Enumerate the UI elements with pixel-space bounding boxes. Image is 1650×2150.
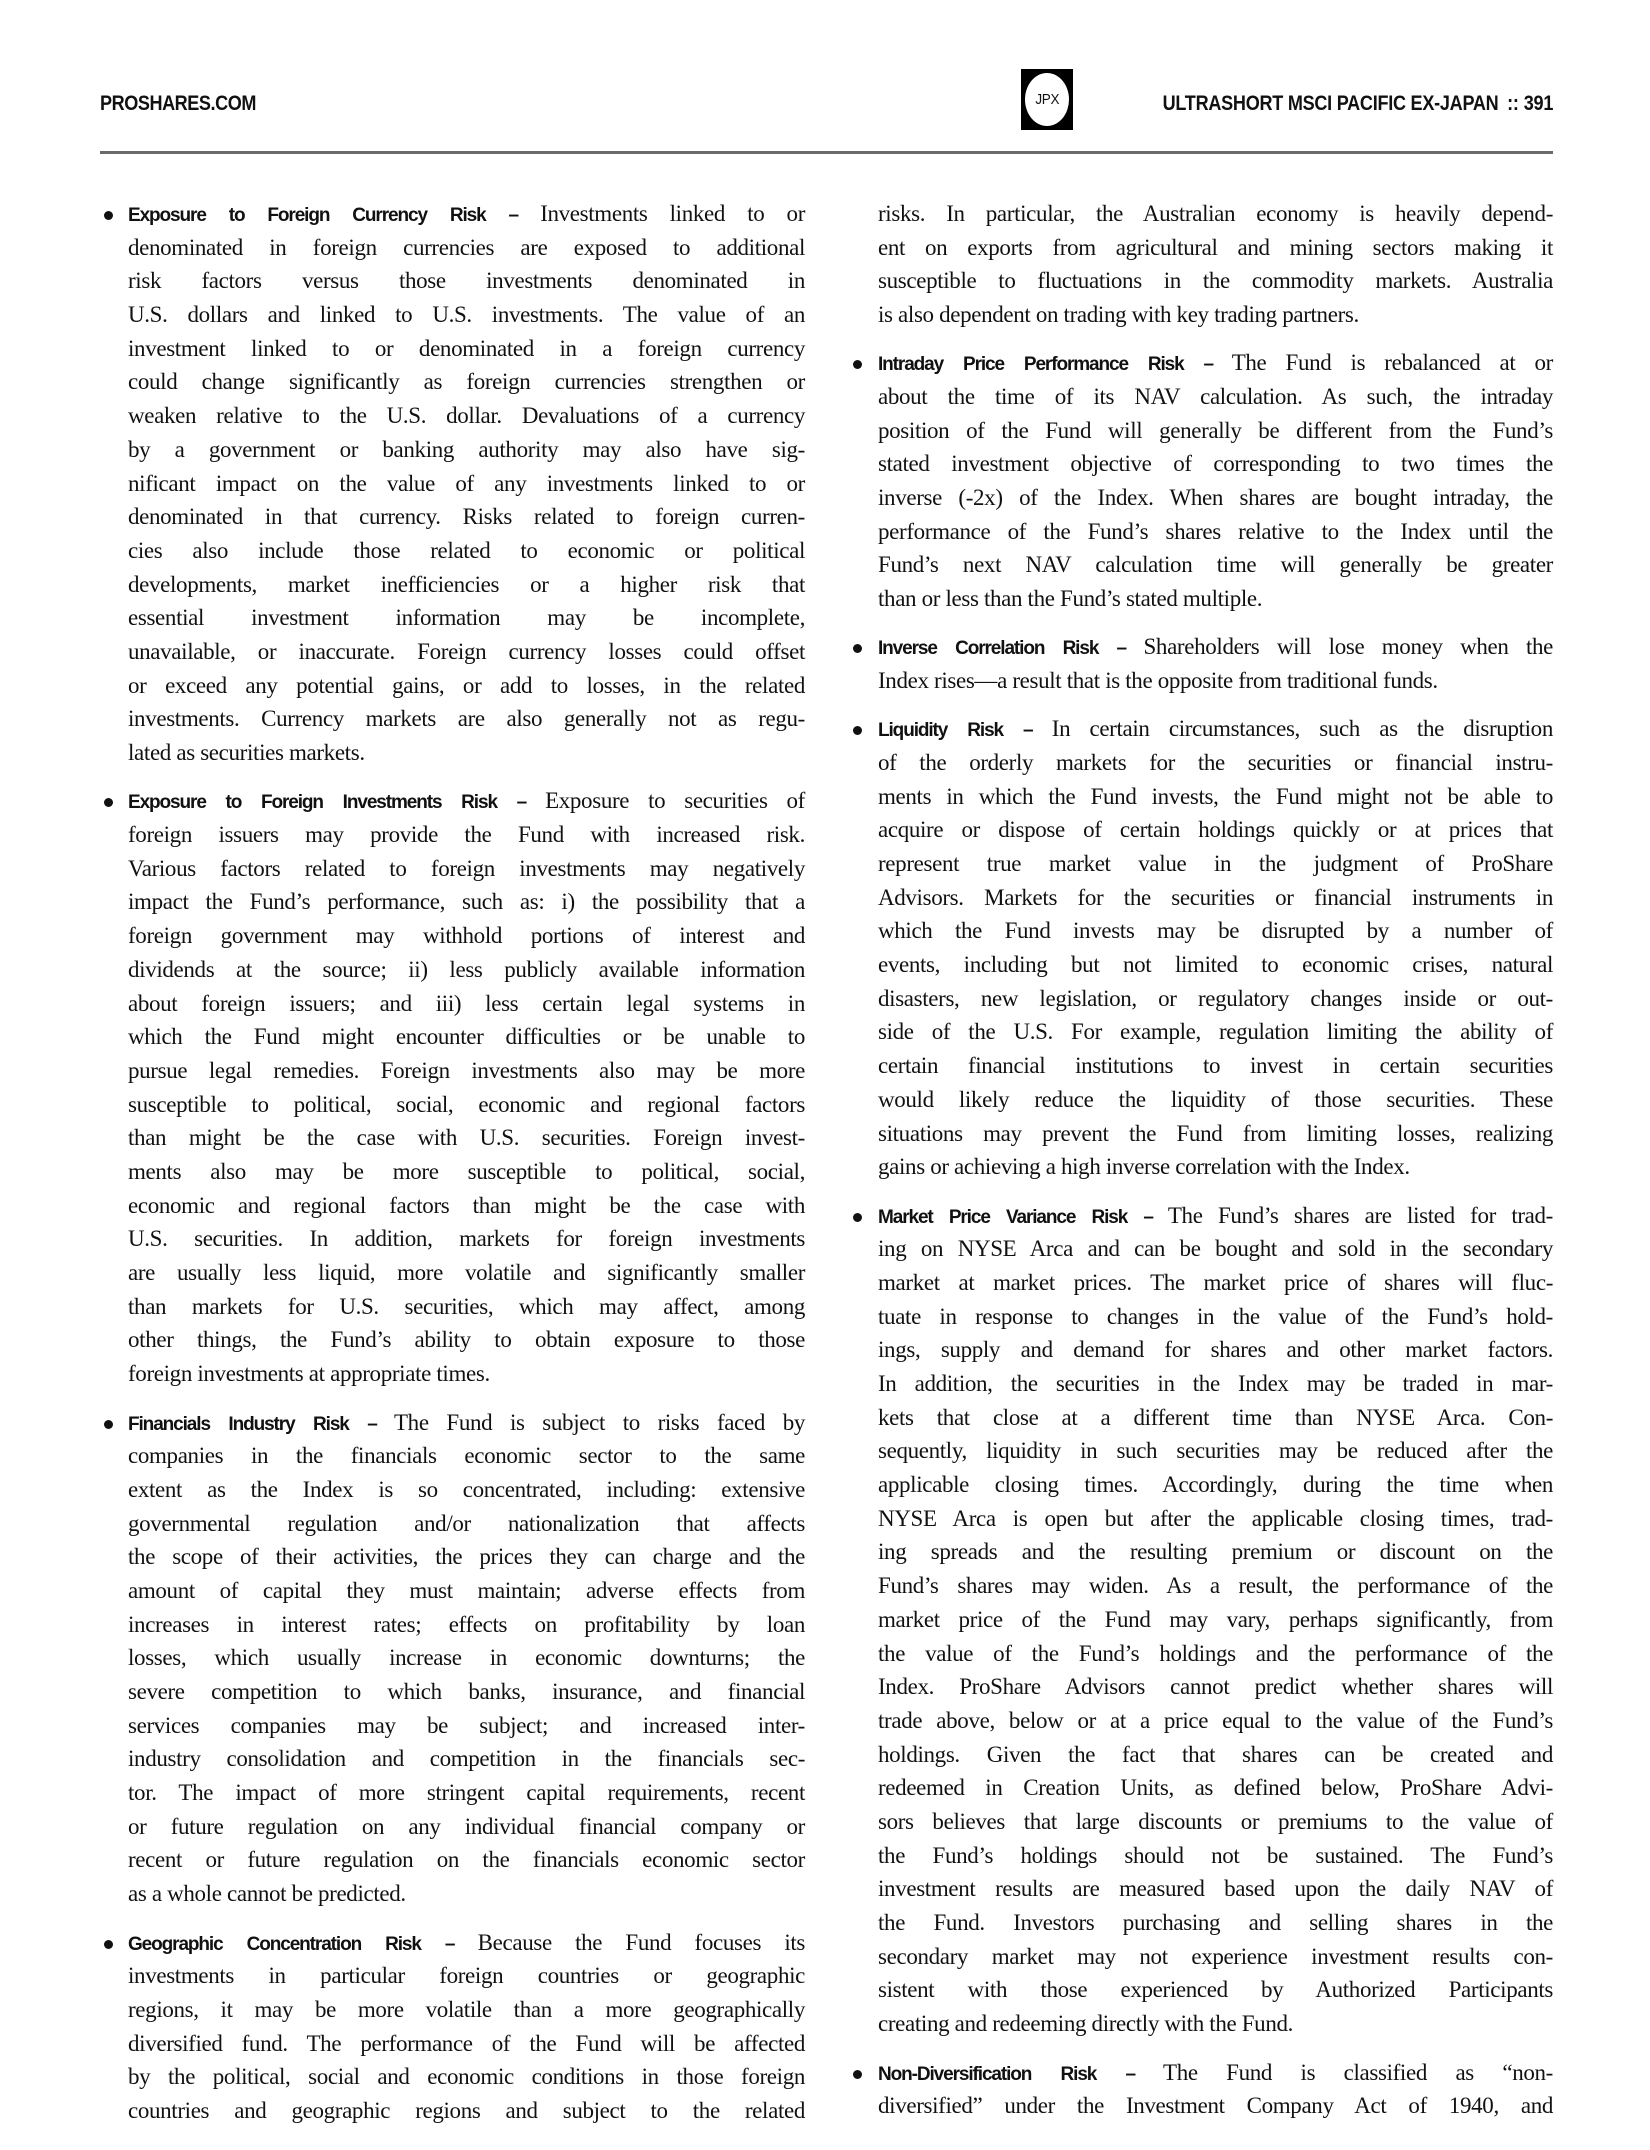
bullet-icon <box>853 1213 862 1222</box>
text-line: Fund’s shares may widen. As a result, th… <box>878 1569 1553 1603</box>
logo-ellipse: JPX <box>1025 73 1069 126</box>
text-line: is also dependent on trading with key tr… <box>878 298 1553 332</box>
text-line: economic and regional factors than might… <box>128 1189 805 1223</box>
text-line: ent on exports from agricultural and min… <box>878 231 1553 265</box>
risk-description: Financials Industry Risk – The Fund is s… <box>128 1406 805 1911</box>
risk-text: The Fund is classified as “non- <box>1163 2060 1553 2085</box>
risk-term: Intraday Price Performance Risk – <box>878 354 1213 375</box>
risk-text: In certain circumstances, such as the di… <box>1052 716 1553 741</box>
text-line: than might be the case with U.S. securit… <box>128 1121 805 1155</box>
text-line: market at market prices. The market pric… <box>878 1266 1553 1300</box>
text-line: nificant impact on the value of any inve… <box>128 467 805 501</box>
fund-ticker-logo: JPX <box>1021 69 1073 130</box>
text-line: the Fund. Investors purchasing and selli… <box>878 1906 1553 1940</box>
bullet-icon <box>104 1420 113 1429</box>
text-line: would likely reduce the liquidity of tho… <box>878 1083 1553 1117</box>
risk-description: Market Price Variance Risk – The Fund’s … <box>878 1199 1553 2041</box>
text-line: developments, market inefficiencies or a… <box>128 568 805 602</box>
risk-description: Exposure to Foreign Currency Risk – Inve… <box>128 197 805 770</box>
text-line: susceptible to political, social, econom… <box>128 1088 805 1122</box>
text-line: as a whole cannot be predicted. <box>128 1877 805 1911</box>
text-line: Index rises—a result that is the opposit… <box>878 664 1553 698</box>
text-line: weaken relative to the U.S. dollar. Deva… <box>128 399 805 433</box>
text-line: of the orderly markets for the securitie… <box>878 746 1553 780</box>
text-line: represent true market value in the judgm… <box>878 847 1553 881</box>
text-line: ing spreads and the resulting premium or… <box>878 1535 1553 1569</box>
text-line: pursue legal remedies. Foreign investmen… <box>128 1054 805 1088</box>
risk-first-line: Exposure to Foreign Investments Risk – E… <box>128 784 805 818</box>
text-line: recent or future regulation on the finan… <box>128 1843 805 1877</box>
risk-text: The Fund’s shares are listed for trad- <box>1168 1203 1553 1228</box>
text-line: denominated in foreign currencies are ex… <box>128 231 805 265</box>
text-line: investment linked to or denominated in a… <box>128 332 805 366</box>
text-line: market price of the Fund may vary, perha… <box>878 1603 1553 1637</box>
text-line: extent as the Index is so concentrated, … <box>128 1473 805 1507</box>
bullet-icon <box>104 798 113 807</box>
page-header: PROSHARES.COM JPX ULTRASHORT MSCI PACIFI… <box>0 0 1650 160</box>
risk-text: Shareholders will lose money when the <box>1143 634 1553 659</box>
bullet-icon <box>853 726 862 735</box>
text-line: inverse (-2x) of the Index. When shares … <box>878 481 1553 515</box>
text-line: In addition, the securities in the Index… <box>878 1367 1553 1401</box>
risk-term: Market Price Variance Risk – <box>878 1207 1153 1228</box>
risk-text: Because the Fund focuses its <box>478 1930 805 1955</box>
text-line: severe competition to which banks, insur… <box>128 1675 805 1709</box>
risk-description: Geographic Concentration Risk – Because … <box>128 1926 805 2128</box>
text-line: performance of the Fund’s shares relativ… <box>878 515 1553 549</box>
risk-description: Non-Diversification Risk – The Fund is c… <box>878 2056 1553 2123</box>
text-line: events, including but not limited to eco… <box>878 948 1553 982</box>
text-line: U.S. securities. In addition, markets fo… <box>128 1222 805 1256</box>
text-line: ings, supply and demand for shares and o… <box>878 1333 1553 1367</box>
header-separator: :: <box>1507 92 1519 115</box>
risk-first-line: Inverse Correlation Risk – Shareholders … <box>878 630 1553 664</box>
bullet-icon <box>104 211 113 220</box>
text-line: companies in the financials economic sec… <box>128 1439 805 1473</box>
risk-term: Exposure to Foreign Investments Risk – <box>128 792 526 813</box>
bullet-icon <box>853 644 862 653</box>
text-line: dividends at the source; ii) less public… <box>128 953 805 987</box>
text-line: foreign government may withhold portions… <box>128 919 805 953</box>
text-line: could change significantly as foreign cu… <box>128 365 805 399</box>
page-number: 391 <box>1524 92 1553 115</box>
text-line: holdings. Given the fact that shares can… <box>878 1738 1553 1772</box>
text-line: stated investment objective of correspon… <box>878 447 1553 481</box>
text-line: which the Fund might encounter difficult… <box>128 1020 805 1054</box>
risk-text: The Fund is subject to risks faced by <box>394 1410 805 1435</box>
text-line: creating and redeeming directly with the… <box>878 2007 1553 2041</box>
bullet-icon <box>104 1940 113 1949</box>
fund-name: ULTRASHORT MSCI PACIFIC EX-JAPAN <box>1162 92 1498 115</box>
risk-text: Investments linked to or <box>540 201 805 226</box>
text-line: disasters, new legislation, or regulator… <box>878 982 1553 1016</box>
text-line: gains or achieving a high inverse correl… <box>878 1150 1553 1184</box>
risk-first-line: Exposure to Foreign Currency Risk – Inve… <box>128 197 805 231</box>
running-header-title: ULTRASHORT MSCI PACIFIC EX-JAPAN::391 <box>1162 92 1553 116</box>
header-rule <box>100 151 1553 154</box>
risk-first-line: Financials Industry Risk – The Fund is s… <box>128 1406 805 1440</box>
risk-term: Inverse Correlation Risk – <box>878 638 1126 659</box>
text-line: investments. Currency markets are also g… <box>128 702 805 736</box>
text-line: trade above, below or at a price equal t… <box>878 1704 1553 1738</box>
text-line: by a government or banking authority may… <box>128 433 805 467</box>
text-line: diversified fund. The performance of the… <box>128 2027 805 2061</box>
text-line: redeemed in Creation Units, as defined b… <box>878 1771 1553 1805</box>
text-line: or future regulation on any individual f… <box>128 1810 805 1844</box>
text-line: sequently, liquidity in such securities … <box>878 1434 1553 1468</box>
text-line: about the time of its NAV calculation. A… <box>878 380 1553 414</box>
text-line: tuate in response to changes in the valu… <box>878 1300 1553 1334</box>
risk-term: Exposure to Foreign Currency Risk – <box>128 205 518 226</box>
risk-first-line: Non-Diversification Risk – The Fund is c… <box>878 2056 1553 2090</box>
text-line: ing on NYSE Arca and can be bought and s… <box>878 1232 1553 1266</box>
text-line: are usually less liquid, more volatile a… <box>128 1256 805 1290</box>
text-line: the Fund’s holdings should not be sustai… <box>878 1839 1553 1873</box>
text-line: sistent with those experienced by Author… <box>878 1973 1553 2007</box>
risk-text: The Fund is rebalanced at or <box>1232 350 1553 375</box>
text-line: foreign issuers may provide the Fund wit… <box>128 818 805 852</box>
text-line: regions, it may be more volatile than a … <box>128 1993 805 2027</box>
text-line: services companies may be subject; and i… <box>128 1709 805 1743</box>
risk-first-line: Liquidity Risk – In certain circumstance… <box>878 712 1553 746</box>
text-line: risks. In particular, the Australian eco… <box>878 197 1553 231</box>
text-line: which the Fund invests may be disrupted … <box>878 914 1553 948</box>
text-line: ments in which the Fund invests, the Fun… <box>878 780 1553 814</box>
text-line: losses, which usually increase in econom… <box>128 1641 805 1675</box>
risk-term: Liquidity Risk – <box>878 720 1033 741</box>
text-line: foreign investments at appropriate times… <box>128 1357 805 1391</box>
text-line: the value of the Fund’s holdings and the… <box>878 1637 1553 1671</box>
risk-term: Non-Diversification Risk – <box>878 2064 1135 2085</box>
text-line: Fund’s next NAV calculation time will ge… <box>878 548 1553 582</box>
site-name: PROSHARES.COM <box>100 92 256 116</box>
risk-text: Exposure to securities of <box>545 788 805 813</box>
text-line: than markets for U.S. securities, which … <box>128 1290 805 1324</box>
text-line: essential investment information may be … <box>128 601 805 635</box>
text-line: Advisors. Markets for the securities or … <box>878 881 1553 915</box>
text-line: the scope of their activities, the price… <box>128 1540 805 1574</box>
text-line: position of the Fund will generally be d… <box>878 414 1553 448</box>
text-line: or exceed any potential gains, or add to… <box>128 669 805 703</box>
text-line: unavailable, or inaccurate. Foreign curr… <box>128 635 805 669</box>
text-line: amount of capital they must maintain; ad… <box>128 1574 805 1608</box>
risk-first-line: Geographic Concentration Risk – Because … <box>128 1926 805 1960</box>
risk-description: Inverse Correlation Risk – Shareholders … <box>878 630 1553 697</box>
text-line: about foreign issuers; and iii) less cer… <box>128 987 805 1021</box>
text-line: ments also may be more susceptible to po… <box>128 1155 805 1189</box>
text-line: applicable closing times. Accordingly, d… <box>878 1468 1553 1502</box>
risk-first-line: Intraday Price Performance Risk – The Fu… <box>878 346 1553 380</box>
text-line: U.S. dollars and linked to U.S. investme… <box>128 298 805 332</box>
text-line: sors believes that large discounts or pr… <box>878 1805 1553 1839</box>
text-line: Index. ProShare Advisors cannot predict … <box>878 1670 1553 1704</box>
risk-term: Financials Industry Risk – <box>128 1414 377 1435</box>
text-line: NYSE Arca is open but after the applicab… <box>878 1502 1553 1536</box>
text-line: denominated in that currency. Risks rela… <box>128 500 805 534</box>
text-line: governmental regulation and/or nationali… <box>128 1507 805 1541</box>
text-line: by the political, social and economic co… <box>128 2060 805 2094</box>
text-line: industry consolidation and competition i… <box>128 1742 805 1776</box>
text-line: certain financial institutions to invest… <box>878 1049 1553 1083</box>
text-line: side of the U.S. For example, regulation… <box>878 1015 1553 1049</box>
text-line: investment results are measured based up… <box>878 1872 1553 1906</box>
bullet-icon <box>853 2070 862 2079</box>
text-line: secondary market may not experience inve… <box>878 1940 1553 1974</box>
text-line: kets that close at a different time than… <box>878 1401 1553 1435</box>
continued-text: risks. In particular, the Australian eco… <box>878 197 1553 332</box>
text-line: other things, the Fund’s ability to obta… <box>128 1323 805 1357</box>
ticker-symbol: JPX <box>1035 91 1059 108</box>
text-line: cies also include those related to econo… <box>128 534 805 568</box>
text-line: situations may prevent the Fund from lim… <box>878 1117 1553 1151</box>
risk-term: Geographic Concentration Risk – <box>128 1934 454 1955</box>
text-line: lated as securities markets. <box>128 736 805 770</box>
risk-description: Liquidity Risk – In certain circumstance… <box>878 712 1553 1184</box>
text-line: susceptible to fluctuations in the commo… <box>878 264 1553 298</box>
text-line: increases in interest rates; effects on … <box>128 1608 805 1642</box>
text-line: investments in particular foreign countr… <box>128 1959 805 1993</box>
risk-first-line: Market Price Variance Risk – The Fund’s … <box>878 1199 1553 1233</box>
text-line: than or less than the Fund’s stated mult… <box>878 582 1553 616</box>
text-line: risk factors versus those investments de… <box>128 264 805 298</box>
risk-description: Intraday Price Performance Risk – The Fu… <box>878 346 1553 616</box>
text-line: tor. The impact of more stringent capita… <box>128 1776 805 1810</box>
text-line: acquire or dispose of certain holdings q… <box>878 813 1553 847</box>
text-line: countries and geographic regions and sub… <box>128 2094 805 2128</box>
text-line: impact the Fund’s performance, such as: … <box>128 885 805 919</box>
bullet-icon <box>853 360 862 369</box>
risk-description: Exposure to Foreign Investments Risk – E… <box>128 784 805 1390</box>
text-line: diversified” under the Investment Compan… <box>878 2089 1553 2123</box>
text-line: Various factors related to foreign inves… <box>128 852 805 886</box>
